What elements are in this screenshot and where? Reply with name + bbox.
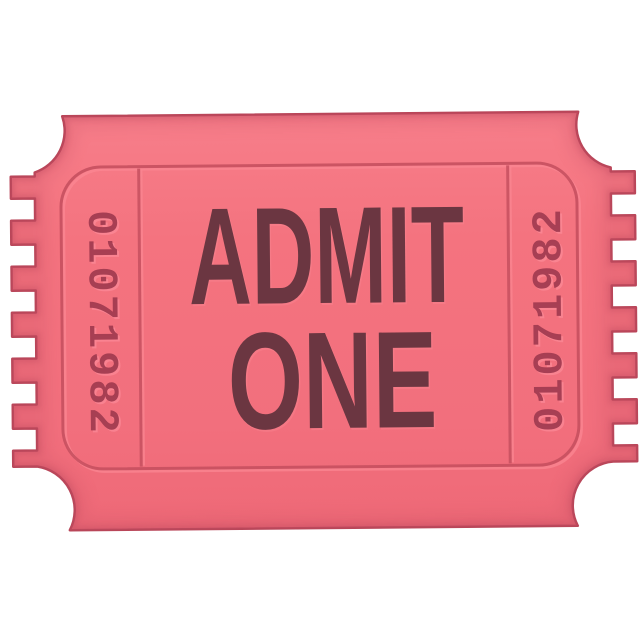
ticket-graphic: 01071982 01071982 01071982 01071982 ADMI… — [8, 109, 640, 532]
canvas: 01071982 01071982 01071982 01071982 ADMI… — [0, 0, 640, 642]
title-one: ONE ONE — [227, 303, 439, 461]
serial-number-right: 01071982 01071982 — [525, 206, 577, 434]
serial-right-text: 01071982 — [525, 206, 575, 432]
admission-ticket: 01071982 01071982 01071982 01071982 ADMI… — [8, 109, 640, 532]
serial-number-left: 01071982 01071982 — [76, 210, 128, 438]
title-one-text: ONE — [227, 303, 438, 459]
serial-left-text: 01071982 — [76, 210, 126, 436]
